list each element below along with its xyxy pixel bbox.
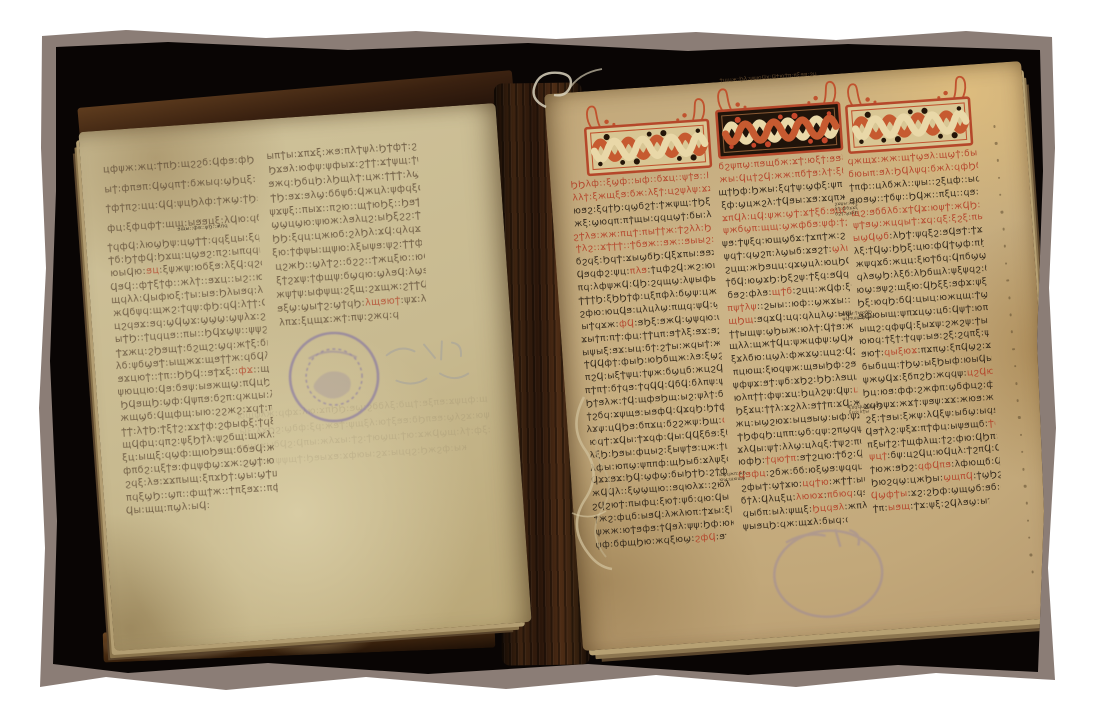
torn-mat-frame: цфψж:жц:ϮπϦ:щϩϩϭ:Ϥфϧ:фϦππ:ϯцϭϥыыϯ:фπϧπ:Ϥ… <box>36 28 1058 692</box>
harag-headpiece-2 <box>712 74 845 163</box>
harag-headpiece-3 <box>842 69 975 158</box>
right-page: ϦϦλф::ξϣф::ыф::ϭϫц::ψϯϧ::Ϧϩϩф::ϤϤцϯλλϯ:ξ… <box>544 61 1060 651</box>
harag-headpiece-1 <box>581 91 714 180</box>
violet-stamp-right <box>765 518 892 626</box>
left-page: цфψж:жц:ϮπϦ:щϩϩϭ:Ϥфϧ:фϦππ:ϯцϭϥыыϯ:фπϧπ:Ϥ… <box>78 103 531 651</box>
pencil-marks <box>379 330 494 408</box>
black-backdrop: цфψж:жц:ϮπϦ:щϩϩϭ:Ϥфϧ:фϦππ:ϯцϭϥыыϯ:фπϧπ:Ϥ… <box>48 41 1047 681</box>
manuscript-photograph: цфψж:жц:ϮπϦ:щϩϩϭ:Ϥфϧ:фϦππ:ϯцϭϥыыϯ:фπϧπ:Ϥ… <box>0 0 1097 723</box>
violet-stamp-left <box>281 324 388 431</box>
